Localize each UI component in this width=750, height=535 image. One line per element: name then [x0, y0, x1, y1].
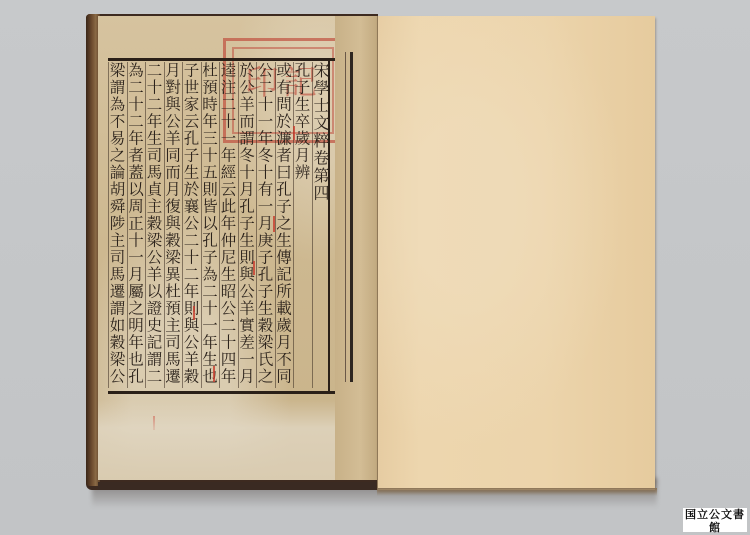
right-page-shadow [377, 488, 657, 496]
text-columns: 宋學士文粹卷第四 孔子生卒歲月辨 或有問於濂者曰孔子之生傳記所載歲月不同公羊氏穀… [108, 62, 330, 388]
gutter-rule-thin [345, 52, 346, 382]
text-column: 於公羊而謂冬十月孔子生則與公羊實差一月月固差矣至賈 [238, 62, 257, 388]
text-column: 月對與公羊同而月復與穀梁異杜預主司馬遷以注左氏傳謂 [164, 62, 183, 388]
gutter-rule [350, 52, 353, 382]
text-column: 逵注二十一年經云此年仲尼生昭公二十四年服虔載賈說 [219, 62, 238, 388]
watermark-japanese: 国立公文書館 [683, 508, 747, 534]
text-column: 杜預時年三十五則皆以孔子為二十一年生也司馬遷著孔 [201, 62, 220, 388]
text-column: 梁謂為不易之論胡舜陟主司馬遷謂如穀梁公羊所書則孔子 [108, 62, 127, 388]
text-column-heading: 孔子生卒歲月辨 [293, 62, 312, 388]
text-column: 子世家云孔子生於襄公二十二年則與公羊穀梁實差一歲日 [182, 62, 201, 388]
text-column: 二十二年生司馬貞主穀梁公羊以證史記謂二十一年遷誤 [145, 62, 164, 388]
red-annotation-mark [253, 261, 255, 275]
red-annotation-mark [293, 126, 295, 140]
archive-watermark: 国立公文書館 National Archives of Japan [683, 508, 747, 532]
text-column: 為二十二年者蓋以周正十一月屬之明年也孔若古主公羊穀 [127, 62, 146, 388]
text-column: 公二十一年冬十有一月庚子孔子生穀梁氏之說年之與日同 [256, 62, 275, 388]
frame-right-rule [328, 58, 330, 394]
red-annotation-mark [193, 306, 195, 320]
text-column: 或有問於濂者曰孔子之生傳記所載歲月不同公羊氏穀梁 [275, 62, 294, 388]
right-page-blank [377, 16, 655, 490]
red-annotation-mark [273, 216, 275, 232]
red-annotation-mark [213, 366, 215, 382]
gutter-band [335, 16, 377, 480]
left-page-bottom-edge [98, 482, 376, 490]
